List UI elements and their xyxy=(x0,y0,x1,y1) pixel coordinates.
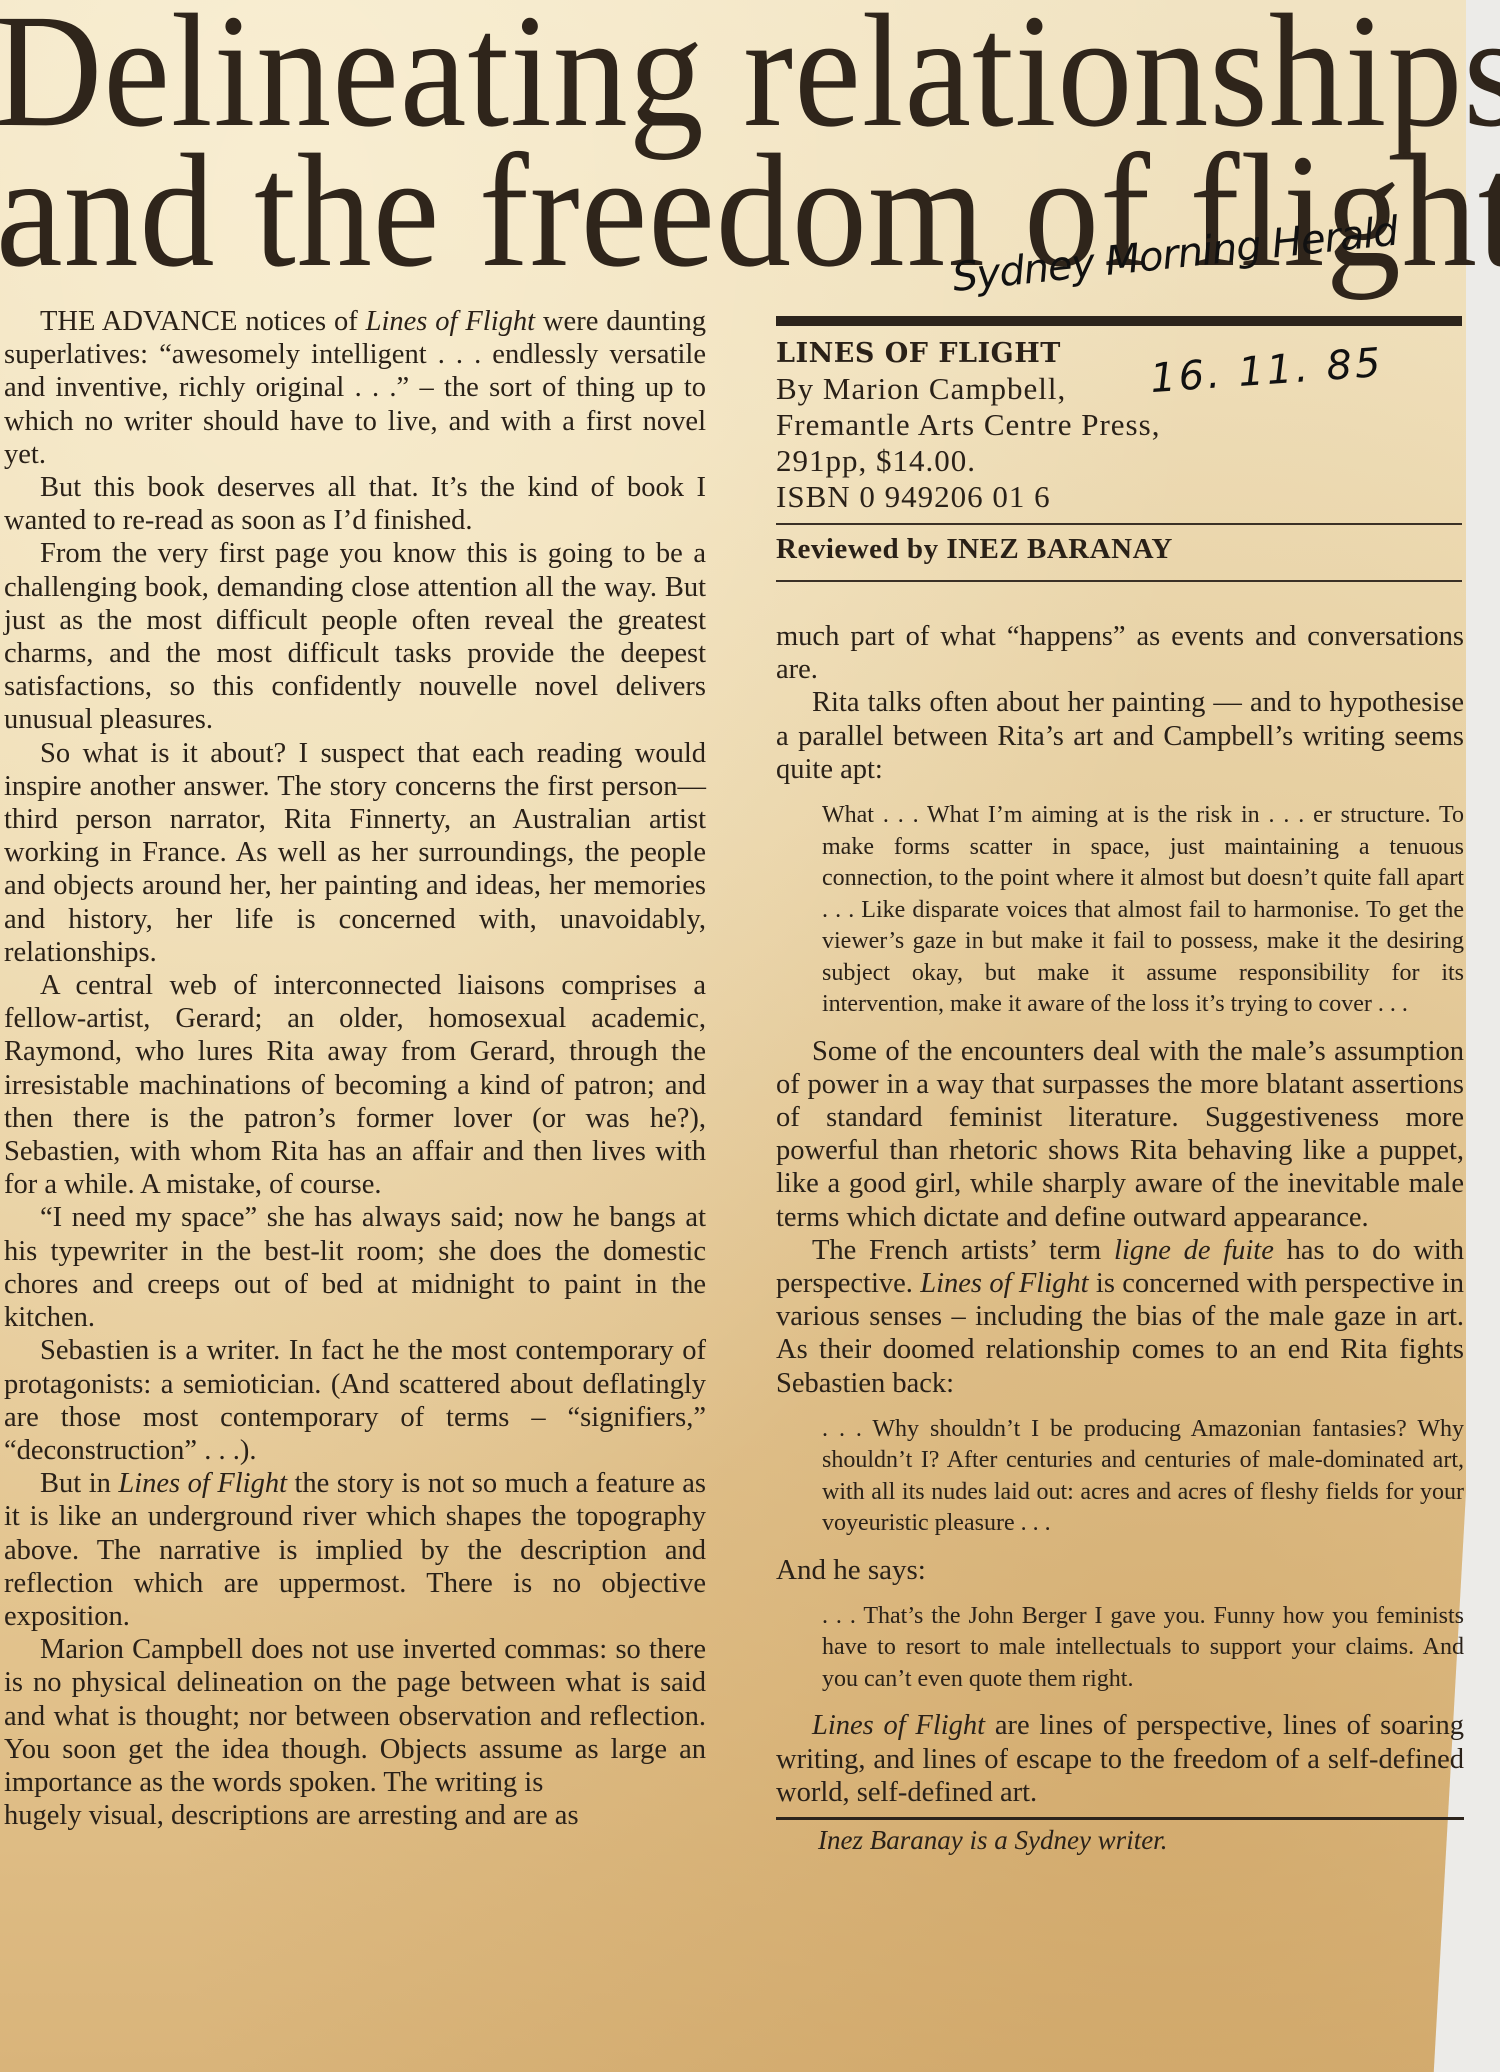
divider-thick xyxy=(776,316,1462,326)
paragraph: So what is it about? I suspect that each… xyxy=(4,737,706,969)
paragraph: But this book deserves all that. It’s th… xyxy=(4,471,706,537)
block-quote: . . . That’s the John Berger I gave you.… xyxy=(822,1601,1464,1696)
paragraph: Lines of Flight are lines of perspective… xyxy=(776,1709,1464,1809)
paragraph: Rita talks often about her painting — an… xyxy=(776,686,1464,786)
paragraph-cut-off: hugely visual, descriptions are arrestin… xyxy=(4,1799,706,1832)
divider-thin xyxy=(776,523,1462,525)
reviewer-byline: Reviewed by INEZ BARANAY xyxy=(776,533,1462,566)
author-credit-cut-off: Inez Baranay is a Sydney writer. xyxy=(818,1824,1464,1857)
left-column: THE ADVANCE notices of Lines of Flight w… xyxy=(4,305,706,1832)
block-quote: What . . . What I’m aiming at is the ris… xyxy=(822,800,1464,1021)
paragraph: Some of the encounters deal with the mal… xyxy=(776,1035,1464,1234)
end-divider xyxy=(776,1817,1464,1820)
book-isbn: ISBN 0 949206 01 6 xyxy=(776,479,1462,515)
paragraph: From the very first page you know this i… xyxy=(4,537,706,736)
book-pages-price: 291pp, $14.00. xyxy=(776,443,1462,479)
headline-line-2: and the freedom of flight xyxy=(0,130,1500,292)
paragraph: Sebastien is a writer. In fact he the mo… xyxy=(4,1334,706,1467)
paragraph: THE ADVANCE notices of Lines of Flight w… xyxy=(4,305,706,471)
paragraph: much part of what “happens” as events an… xyxy=(776,620,1464,686)
paragraph: Marion Campbell does not use inverted co… xyxy=(4,1633,706,1799)
divider-thin xyxy=(776,580,1462,582)
book-publisher: Fremantle Arts Centre Press, xyxy=(776,407,1462,443)
block-quote: . . . Why shouldn’t I be producing Amazo… xyxy=(822,1414,1464,1540)
paragraph: A central web of interconnected liaisons… xyxy=(4,969,706,1201)
right-column: much part of what “happens” as events an… xyxy=(776,620,1464,1857)
paragraph: But in Lines of Flight the story is not … xyxy=(4,1467,706,1633)
paragraph: The French artists’ term ligne de fuite … xyxy=(776,1234,1464,1400)
paragraph: And he says: xyxy=(776,1554,1464,1587)
paragraph: “I need my space” she has always said; n… xyxy=(4,1201,706,1334)
